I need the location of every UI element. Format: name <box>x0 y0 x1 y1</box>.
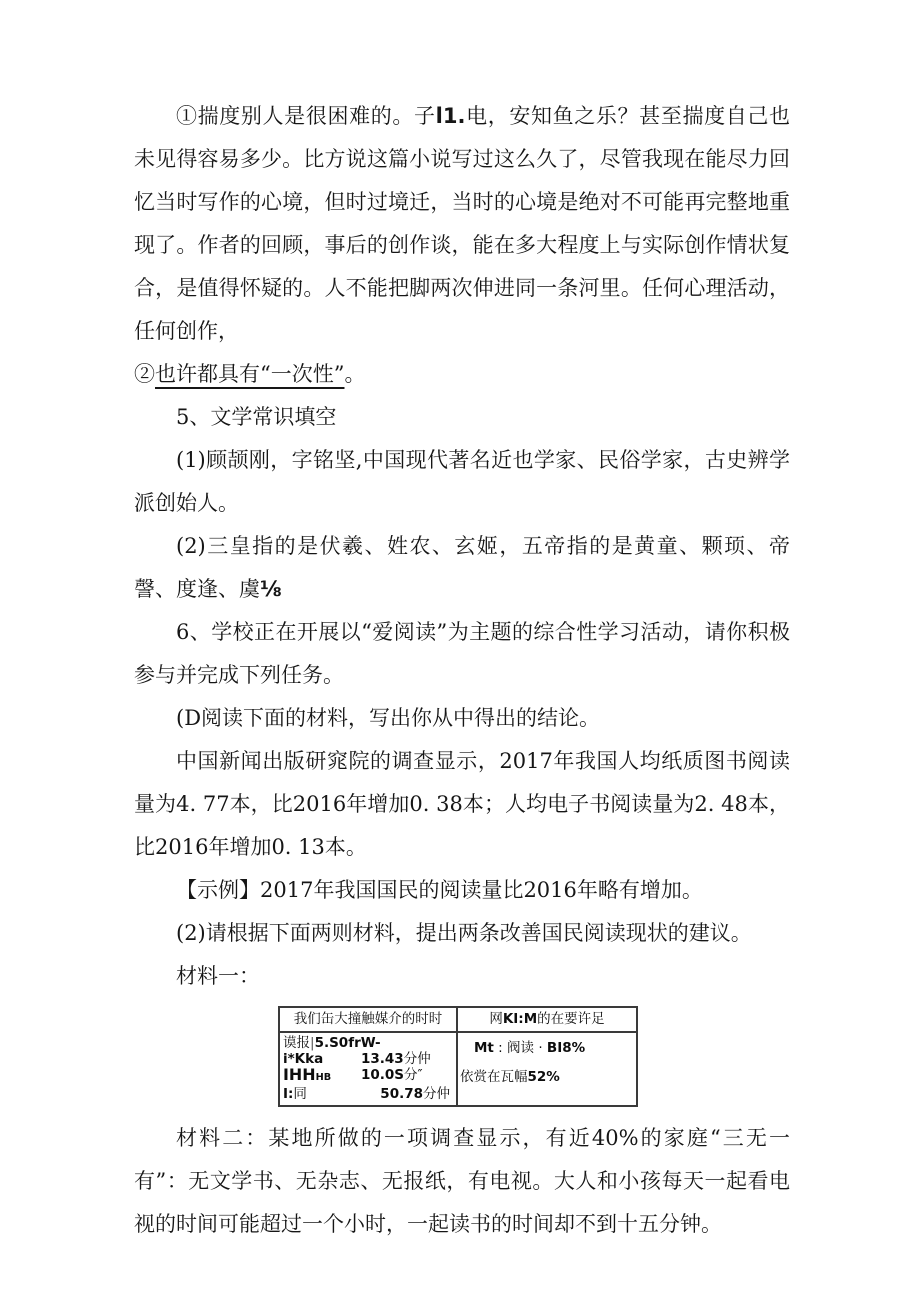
text-run: ①揣度别人是很困难的。子 <box>176 104 436 128</box>
text-run: 【示例】2017年我国国民的阅读量比2016年略有增加。 <box>176 878 703 902</box>
text-run: 我们缶大撞触媒介的时时 <box>294 1011 443 1027</box>
label-material-1: 材料一： <box>134 955 790 998</box>
heading-question-5: 5、文学常识填空 <box>134 396 790 439</box>
text-run: 电，安知鱼之乐？甚至揣度自己也未见得容易多少。比方说这篇小说写过这么久了，尽管我… <box>134 104 790 343</box>
table-row: 谟报|5.S0frW- <box>283 1035 453 1051</box>
table-header-right: 网KI:M的在要许足 <box>458 1008 636 1031</box>
text-run: 10.0S <box>361 1067 404 1083</box>
text-run: 谟报 <box>283 1035 310 1051</box>
text-run: (1)顾颉刚，字铭坚,中国现代著名近也学家、民俗学家，古史辨学派创始人。 <box>134 448 790 515</box>
table-row: 依赏在瓦幅52% <box>460 1069 634 1085</box>
text-run: 也许都具有“一次性” <box>155 362 344 386</box>
document-page: ①揣度别人是很困难的。子l1.电，安知鱼之乐？甚至揣度自己也未见得容易多少。比方… <box>0 0 920 1301</box>
text-run: ② <box>134 362 155 386</box>
table-body-row: 谟报|5.S0frW-i*Kka13.43分仲IHHHB10.0S分″I:同50… <box>280 1033 636 1105</box>
page-content: ①揣度别人是很困难的。子l1.电，安知鱼之乐？甚至揣度自己也未见得容易多少。比方… <box>0 0 920 1246</box>
para-q6-task2: (2)请根据下面两则材料，提出两条改善国民阅读现状的建议。 <box>134 912 790 955</box>
table-cell-label: I:同 <box>283 1086 357 1102</box>
text-run: 分仲 <box>404 1051 431 1067</box>
para-question-6-intro: 6、学校正在开展以“爱阅读”为主题的综合性学习活动，请你积极参与并完成下列任务。 <box>134 611 790 697</box>
text-run: 材料一： <box>176 964 260 988</box>
text-run: (D阅读下面的材料，写出你从中得出的结论。 <box>176 706 600 730</box>
text-run: 阀读 · <box>507 1040 547 1056</box>
table-cell-value: 10.0S分″ <box>361 1067 423 1086</box>
table-cell-label: IHHHB <box>283 1067 357 1086</box>
text-run: (2)请根据下面两则材料，提出两条改善国民阅读现状的建议。 <box>176 921 752 945</box>
text-run: HB <box>316 1072 332 1083</box>
text-run: ⅛ <box>260 577 282 601</box>
text-run: 52% <box>528 1069 560 1085</box>
text-run: 分仲 <box>423 1086 450 1102</box>
table-cell-value: 13.43分仲 <box>361 1051 431 1067</box>
text-run: 网 <box>489 1011 503 1027</box>
text-run: 依赏在瓦幅 <box>460 1069 528 1085</box>
table-cell-label: 谟报|5.S0frW- <box>283 1035 381 1051</box>
table-row: Mt : 阀读 · BI8% <box>460 1040 634 1056</box>
text-run: 5.S0frW- <box>315 1035 381 1051</box>
text-run: 材料二：某地所做的一项调查显示，有近40%的家庭“三无一有”：无文学书、无杂志、… <box>134 1126 790 1236</box>
table-header-row: 我们缶大撞触媒介的时时 网KI:M的在要许足 <box>280 1008 636 1033</box>
para-q5-item2: (2)三皇指的是伏羲、姓农、玄姬，五帝指的是黄童、颗顼、帝謦、度逢、虞⅛ <box>134 525 790 611</box>
text-run: 5、文学常识填空 <box>176 405 336 429</box>
para-passage-conclusion: ②也许都具有“一次性”。 <box>134 353 790 396</box>
text-run: 6、学校正在开展以“爱阅读”为主题的综合性学习活动，请你积极参与并完成下列任务。 <box>134 620 790 687</box>
text-run: Mt <box>474 1040 494 1056</box>
text-run: BI8% <box>547 1040 585 1056</box>
text-run: 50.78 <box>380 1086 423 1102</box>
table-left-body: 谟报|5.S0frW-i*Kka13.43分仲IHHHB10.0S分″I:同50… <box>280 1033 458 1105</box>
text-run: 中国新闻出版研窕院的调查显示，2017年我国人均纸质图书阅读量为4. 77本，比… <box>134 749 790 859</box>
table-right-body: Mt : 阀读 · BI8%依赏在瓦幅52% <box>458 1033 636 1105</box>
text-run: IHH <box>283 1065 316 1084</box>
text-run: I: <box>283 1086 293 1102</box>
text-run: (2)三皇指的是伏羲、姓农、玄姬，五帝指的是黄童、颗顼、帝謦、度逢、虞 <box>134 534 790 601</box>
text-run: KI:M <box>503 1011 537 1027</box>
text-run: 同 <box>293 1086 307 1102</box>
para-q5-item1: (1)顾颉刚，字铭坚,中国现代著名近也学家、民俗学家，古史辨学派创始人。 <box>134 439 790 525</box>
para-passage: ①揣度别人是很困难的。子l1.电，安知鱼之乐？甚至揣度自己也未见得容易多少。比方… <box>134 95 790 353</box>
table-cell-value: 50.78分仲 <box>380 1086 453 1102</box>
media-usage-table: 我们缶大撞触媒介的时时 网KI:M的在要许足 谟报|5.S0frW-i*Kka1… <box>278 1006 638 1107</box>
para-q6-example-answer: 【示例】2017年我国国民的阅读量比2016年略有增加。 <box>134 869 790 912</box>
text-run: 的在要许足 <box>537 1011 605 1027</box>
text-run: : <box>494 1040 507 1056</box>
para-q6-survey-material: 中国新闻出版研窕院的调查显示，2017年我国人均纸质图书阅读量为4. 77本，比… <box>134 740 790 869</box>
para-material-2: 材料二：某地所做的一项调查显示，有近40%的家庭“三无一有”：无文学书、无杂志、… <box>134 1117 790 1246</box>
table-header-left: 我们缶大撞触媒介的时时 <box>280 1008 458 1031</box>
text-run: 。 <box>344 362 365 386</box>
text-run: l1. <box>436 104 466 128</box>
table-row: IHHHB10.0S分″ <box>283 1067 453 1086</box>
text-run: 13.43 <box>361 1051 404 1067</box>
para-q6-task1: (D阅读下面的材料，写出你从中得出的结论。 <box>134 697 790 740</box>
text-run: 分″ <box>404 1067 423 1083</box>
table-row: I:同50.78分仲 <box>283 1086 453 1102</box>
